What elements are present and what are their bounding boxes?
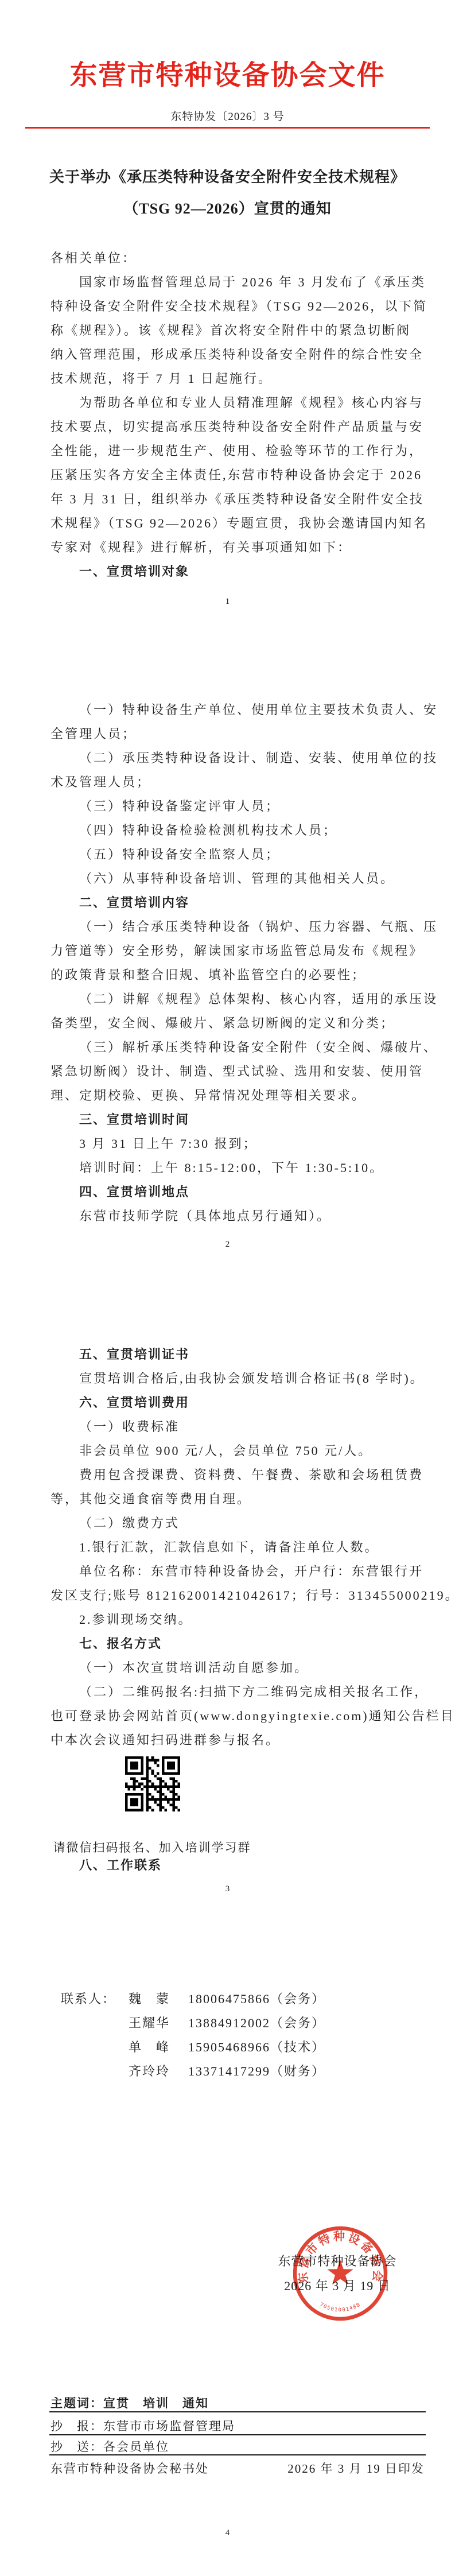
subject-label: 主题词： (50, 2397, 103, 2410)
section8-heading: 八、工作联系 (50, 1853, 429, 1877)
contact-row: 齐玲玲13371417299（财务） (61, 2059, 325, 2084)
body-line: （一）特种设备生产单位、使用单位主要技术负责人、安 (50, 698, 429, 722)
body-line: 单位名称：东营市特种设备协会，开户行：东营银行开 (50, 1559, 429, 1584)
body-line: 术及管理人员； (50, 770, 429, 794)
document-title-line1: 关于举办《承压类特种设备安全附件安全技术规程》 (0, 168, 455, 187)
body-line: 五、宣贯培训证书 (50, 1343, 429, 1367)
body-line: 也可登录协会网站首页(www.dongyingtexie.com)通知公告栏目 (50, 1704, 429, 1728)
body-line: 各相关单位： (50, 246, 429, 270)
contact-row: 联系人：魏 蒙18006475866（会务） (61, 1987, 325, 2011)
footer-print-date: 2026 年 3 月 19 日印发 (287, 2461, 425, 2476)
body-line: （三）特种设备鉴定评审人员； (50, 794, 429, 818)
body-line: 六、宣贯培训费用 (50, 1391, 429, 1415)
body-line: （六）从事特种设备培训、管理的其他相关人员。 (50, 867, 429, 891)
body-line: 力管道等）安全形势，解读国家市场监管总局发布《规程》 (50, 939, 429, 963)
body-line: 年 3 月 31 日，组织举办《承压类特种设备安全附件安全技 (50, 487, 429, 511)
footer-issuer: 东营市特种设备协会秘书处 (50, 2462, 209, 2476)
document-title-line2: （TSG 92—2026）宣贯的通知 (0, 199, 455, 219)
page-number-2: 2 (0, 1240, 455, 1250)
contact-name: 魏 蒙 (129, 1987, 188, 2011)
contact-phone: 18006475866（会务） (188, 1987, 325, 2011)
body-line: 国家市场监督管理总局于 2026 年 3 月发布了《承压类 (50, 270, 429, 294)
footer-subject-row: 主题词：宣贯 培训 通知 (50, 2396, 425, 2411)
subject-value: 宣贯 培训 通知 (103, 2397, 209, 2410)
body-line: 2.参训现场交纳。 (50, 1608, 429, 1632)
body-line: （五）特种设备安全监察人员； (50, 843, 429, 867)
body-line: 一、宣贯培训对象 (50, 560, 429, 584)
footer-copy-report-row: 抄 报：东营市市场监督管理局 (50, 2419, 425, 2434)
contact-name: 王耀华 (129, 2011, 188, 2035)
page-number-4: 4 (0, 2528, 455, 2538)
body-line: （二）二维码报名:扫描下方二维码完成相关报名工作， (50, 1680, 429, 1704)
contact-phone: 15905468966（技术） (188, 2035, 325, 2059)
footer-rule (49, 2434, 426, 2435)
page-number-1: 1 (0, 597, 455, 607)
body-line: 中本次会议通知扫码进群参与报名。 (50, 1728, 429, 1752)
body-line: 技术要点，切实提高承压类特种设备安全附件产品质量与安 (50, 415, 429, 439)
body-line: 东营市技师学院（具体地点另行通知）。 (50, 1204, 429, 1228)
footer-rule (49, 2411, 426, 2412)
body-line: 等，其他交通食宿等费用自理。 (50, 1487, 429, 1511)
body-line: 术规程》（TSG 92—2026）专题宣贯，我协会邀请国内知名 (50, 511, 429, 536)
copy-send-label: 抄 送： (50, 2440, 103, 2454)
body-line: 七、报名方式 (50, 1632, 429, 1656)
contacts-block: 联系人：魏 蒙18006475866（会务） 王耀华13884912002（会务… (61, 1987, 325, 2084)
body-line: 宣贯培训合格后,由我协会颁发培训合格证书(8 学时)。 (50, 1367, 429, 1391)
letterhead-org-title: 东营市特种设备协会文件 (0, 57, 455, 94)
contact-name: 齐玲玲 (129, 2059, 188, 2084)
body-line: 备类型，安全阀、爆破片、紧急切断阀的定义和分类； (50, 1011, 429, 1035)
body-line: 1.银行汇款，汇款信息如下，请备注单位人数。 (50, 1535, 429, 1559)
body-line: （二）讲解《规程》总体架构、核心内容，适用的承压设 (50, 987, 429, 1011)
body-line: 特种设备安全附件安全技术规程》（TSG 92—2026，以下简 (50, 294, 429, 319)
body-line: 培训时间：上午 8:15-12:00，下午 1:30-5:10。 (50, 1156, 429, 1180)
body-line: 发区支行;账号 812162001421042617；行号：3134550002… (50, 1584, 429, 1608)
contact-name: 单 峰 (129, 2035, 188, 2059)
contact-row: 单 峰15905468966（技术） (61, 2035, 325, 2059)
official-seal: 东营市特种设备协会 3705010014881 (291, 2225, 389, 2322)
body-line: （四）特种设备检验检测机构技术人员； (50, 818, 429, 843)
contact-row: 王耀华13884912002（会务） (61, 2011, 325, 2035)
body-line: 的政策背景和整合旧规、填补监管空白的必要性； (50, 963, 429, 987)
contacts-label: 联系人： (61, 1987, 129, 2011)
body-line: 压紧压实各方安全主体责任,东营市特种设备协会定于 2026 (50, 463, 429, 487)
copy-report-label: 抄 报： (50, 2419, 103, 2433)
contact-phone: 13371417299（财务） (188, 2059, 325, 2084)
page1-body: 各相关单位：国家市场监督管理总局于 2026 年 3 月发布了《承压类特种设备安… (50, 246, 429, 584)
body-line: 专家对《规程》进行解析，有关事项通知如下： (50, 536, 429, 560)
body-line: 二、宣贯培训内容 (50, 891, 429, 915)
body-line: 四、宣贯培训地点 (50, 1180, 429, 1204)
letterhead-divider (25, 127, 430, 129)
seal-star (327, 2260, 353, 2284)
body-line: 费用包含授课费、资料费、午餐费、茶歇和会场租赁费 (50, 1463, 429, 1487)
body-line: （一）收费标准 (50, 1415, 429, 1439)
page3-body: 五、宣贯培训证书宣贯培训合格后,由我协会颁发培训合格证书(8 学时)。六、宣贯培… (50, 1343, 429, 1752)
copy-send-value: 各会员单位 (103, 2440, 169, 2454)
body-line: （一）结合承压类特种设备（锅炉、压力容器、气瓶、压 (50, 915, 429, 939)
body-line: 为帮助各单位和专业人员精准理解《规程》核心内容与 (50, 391, 429, 415)
footer-rule (49, 2454, 426, 2455)
footer-copy-send-row: 抄 送：各会员单位 (50, 2439, 425, 2454)
body-line: 3 月 31 日上午 7:30 报到； (50, 1132, 429, 1156)
page2-body: （一）特种设备生产单位、使用单位主要技术负责人、安全管理人员；（二）承压类特种设… (50, 698, 429, 1228)
body-line: 非会员单位 900 元/人，会员单位 750 元/人。 (50, 1439, 429, 1463)
body-line: 紧急切断阀）设计、制造、型式试验、选用和安装、使用管 (50, 1060, 429, 1084)
body-line: （二）承压类特种设备设计、制造、安装、使用单位的技 (50, 746, 429, 770)
body-line: （三）解析承压类特种设备安全附件（安全阀、爆破片、 (50, 1035, 429, 1060)
body-line: 理、定期校验、更换、异常情况处理等相关要求。 (50, 1084, 429, 1108)
body-line: 全管理人员； (50, 722, 429, 746)
body-line: 技术规范，将于 7 月 1 日起施行。 (50, 367, 429, 391)
contact-phone: 13884912002（会务） (188, 2011, 325, 2035)
document-number: 东特协发〔2026〕3 号 (0, 108, 455, 123)
official-document: 东营市特种设备协会文件 东特协发〔2026〕3 号 关于举办《承压类特种设备安全… (0, 0, 455, 2576)
body-line: （二）缴费方式 (50, 1511, 429, 1535)
body-line: 纳入管理范围，形成承压类特种设备安全附件的综合性安全 (50, 343, 429, 367)
page-number-3: 3 (0, 1884, 455, 1894)
qr-code (125, 1756, 180, 1811)
copy-report-value: 东营市市场监督管理局 (103, 2419, 235, 2433)
body-line: （一）本次宣贯培训活动自愿参加。 (50, 1656, 429, 1680)
body-line: 三、宣贯培训时间 (50, 1108, 429, 1132)
footer-issuer-row: 东营市特种设备协会秘书处 2026 年 3 月 19 日印发 (50, 2461, 425, 2476)
body-line: 称《规程》）。该《规程》首次将安全附件中的紧急切断阀 (50, 319, 429, 343)
body-line: 全性能，进一步规范生产、使用、检验等环节的工作行为， (50, 439, 429, 463)
